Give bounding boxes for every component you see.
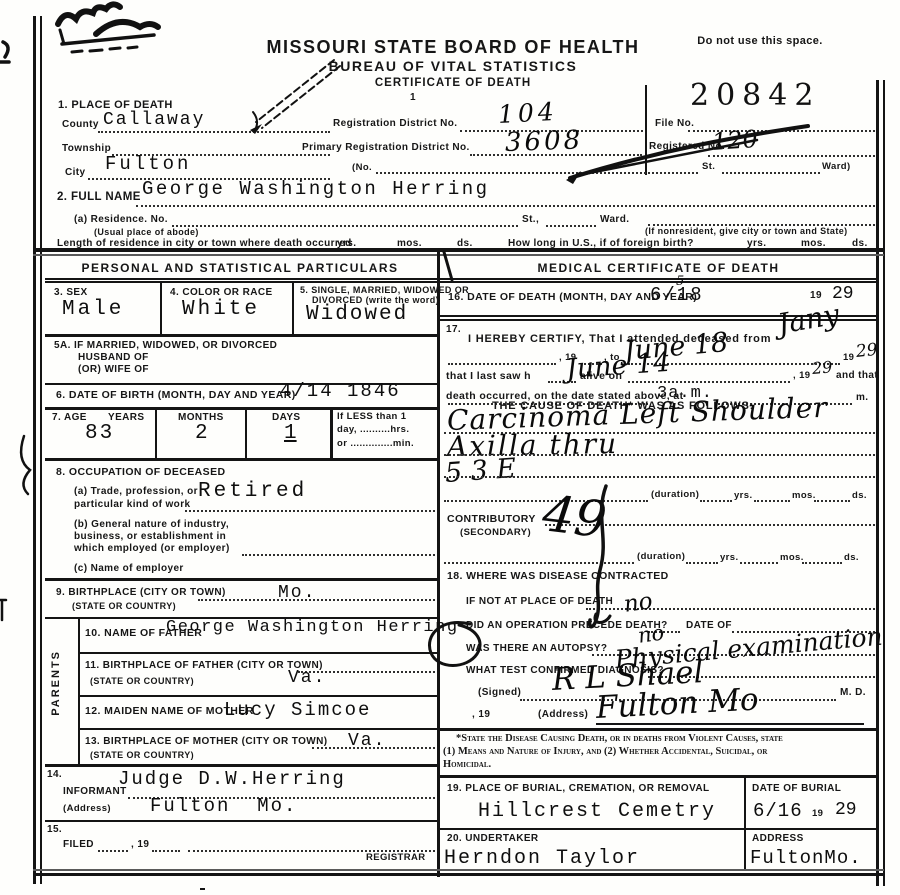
marital-value: Widowed (306, 303, 408, 326)
residence-label: (a) Residence. No. (74, 214, 168, 225)
primary-district-label: Primary Registration District No. (302, 142, 470, 153)
footnote-line2: (1) Means and Nature of Injury, and (2) … (443, 746, 767, 757)
signature-address-value: Fulton Mo (595, 682, 759, 726)
death-certificate-scan: MISSOURI STATE BOARD OF HEALTH BUREAU OF… (0, 0, 900, 895)
race-label: 4. COLOR OR RACE (170, 287, 273, 298)
item15-number: 15. (47, 824, 62, 835)
township-label: Township (62, 143, 111, 154)
cell-divider-rule (155, 409, 157, 458)
dotted-line (700, 498, 732, 502)
footnote-line1: *State the Disease Causing Death, or in … (456, 733, 783, 744)
age-months-value: 2 (195, 422, 208, 445)
marital-label: 5. SINGLE, MARRIED, WIDOWED OR (300, 285, 469, 295)
filed-label: FILED (63, 839, 94, 850)
personal-section-title: PERSONAL AND STATISTICAL PARTICULARS (45, 261, 435, 275)
right-border-rule (876, 80, 879, 886)
rule (596, 723, 864, 725)
registered-no-value: 120 (711, 125, 759, 156)
full-name-value: George Washington Herring (142, 178, 490, 200)
dotted-line (628, 379, 790, 383)
rule (440, 281, 877, 283)
occupation-trade-label2: particular kind of work (74, 499, 190, 510)
cause-line3-value: 5 3 E (444, 453, 517, 489)
city-label: City (65, 167, 86, 178)
printed-19-label: , 19 (793, 370, 810, 381)
item17-number: 17. (446, 324, 461, 335)
left-border-rule (40, 16, 42, 884)
place-of-burial-label: 19. PLACE OF BURIAL, CREMATION, OR REMOV… (447, 783, 710, 794)
if-less-min-label: or ..............min. (337, 438, 414, 449)
speck (200, 888, 205, 890)
if-less-label: If LESS than 1 (337, 411, 406, 422)
cell-divider-rule (330, 409, 333, 458)
secondary-label: (SECONDARY) (460, 527, 531, 538)
dotted-line (98, 129, 330, 133)
rule (45, 281, 437, 283)
rule (45, 278, 437, 280)
ds-label: ds. (844, 552, 859, 563)
dotted-line (198, 597, 435, 601)
wife-of-label: (OR) WIFE OF (78, 364, 149, 375)
cell-divider-rule (245, 409, 247, 458)
header-divider-rule (645, 85, 647, 175)
cell-divider-rule (292, 283, 294, 334)
cell-divider-rule (744, 777, 746, 871)
printed-19-label: , 19 (472, 709, 490, 720)
edge-mark (3, 42, 8, 57)
section-rule (33, 248, 884, 252)
rule (45, 458, 437, 461)
yrs-label: yrs. (720, 552, 739, 563)
informant-address-value: Fulton Mo. (150, 795, 297, 817)
right-border-rule (883, 80, 885, 886)
dotted-line (754, 498, 790, 502)
duration-label: (duration) (651, 489, 699, 500)
dotted-line (152, 848, 180, 852)
rule (440, 775, 877, 778)
occupation-trade-label: (a) Trade, profession, or (74, 486, 198, 497)
informant-value: Judge D.W.Herring (118, 768, 346, 790)
husband-of-label: HUSBAND OF (78, 352, 149, 363)
occupation-industry-label3: which employed (or employer) (74, 543, 230, 554)
bottom-rule (33, 869, 884, 871)
column-divider-rule (437, 252, 440, 877)
dotted-line (546, 223, 596, 227)
rule (440, 278, 877, 280)
rule (78, 728, 437, 730)
no-label: (No. (352, 162, 372, 173)
last-saw-label: that I last saw h (446, 370, 531, 382)
registrar-label: REGISTRAR (366, 852, 426, 863)
ds-label: ds. (852, 490, 867, 501)
duration-label: (duration) (637, 551, 685, 562)
dob-label: 6. DATE OF BIRTH (MONTH, DAY AND YEAR) (56, 389, 296, 401)
certificate-number: 20842 (690, 78, 820, 113)
autopsy-label: WAS THERE AN AUTOPSY? (466, 643, 607, 654)
rule (440, 728, 877, 731)
md-label: M. D. (840, 687, 866, 698)
residence-st-label: St., (522, 214, 539, 225)
last-saw-year: 29 (811, 357, 833, 378)
occupation-industry-label2: business, or establishment in (74, 531, 226, 542)
rule (78, 695, 437, 697)
rule (78, 652, 437, 654)
undertaker-label: 20. UNDERTAKER (447, 833, 539, 844)
yrs-label: yrs. (734, 490, 753, 501)
dotted-line (185, 508, 435, 512)
occupation-value: Retired (198, 480, 307, 503)
stamp-mark (58, 4, 120, 24)
abode-note: (Usual place of abode) (94, 227, 199, 237)
dotted-line (98, 848, 128, 852)
place-of-burial-value: Hillcrest Cemetry (478, 800, 716, 823)
undertaker-value: Herndon Taylor (444, 847, 640, 870)
medical-section-title: MEDICAL CERTIFICATE OF DEATH (440, 261, 877, 275)
informant-address-label: (Address) (63, 803, 111, 814)
mother-name-value: Lucy Simcoe (224, 699, 371, 721)
undertaker-address-value: FultonMo. (750, 847, 862, 869)
st-label: St. (702, 161, 715, 172)
page-title: MISSOURI STATE BOARD OF HEALTH (258, 37, 648, 58)
dotted-line (740, 560, 778, 564)
age-label: 7. AGE (52, 412, 87, 423)
father-birthplace-value: Va. (288, 668, 326, 688)
dotted-line (242, 552, 435, 556)
contributory-label: CONTRIBUTORY (447, 513, 536, 525)
dotted-line (376, 170, 698, 174)
m-label: m. (856, 392, 868, 403)
father-name-value: George Washington Herring (166, 618, 459, 637)
signature-address-label: (Address) (538, 709, 588, 720)
dotted-line (448, 361, 556, 365)
state-or-country-label: (STATE OR COUNTRY) (72, 601, 176, 611)
sex-label: 3. SEX (54, 287, 88, 298)
rule (45, 578, 437, 581)
do-not-use-note: Do not use this space. (660, 35, 860, 47)
item14-number: 14. (47, 769, 62, 780)
operation-value: no (622, 588, 654, 618)
mos-label: mos. (780, 552, 804, 563)
page-subtitle: BUREAU OF VITAL STATISTICS (258, 58, 648, 74)
occupation-industry-label: (b) General nature of industry, (74, 519, 229, 530)
dotted-line (470, 152, 642, 156)
mother-birthplace-value: Va. (348, 731, 386, 751)
and-that-label: and that (836, 370, 878, 381)
state-or-country-label: (STATE OR COUNTRY) (90, 750, 194, 760)
date-of-label: DATE OF (686, 620, 732, 631)
dotted-line (686, 560, 718, 564)
parents-box-rule (78, 617, 80, 764)
nonresident-note: (If nonresident, give city or town and S… (645, 226, 848, 236)
parents-label: PARENTS (50, 650, 62, 716)
occupation-label: 8. OCCUPATION OF DECEASED (56, 466, 225, 478)
rule (45, 820, 437, 822)
city-value: Fulton (105, 153, 191, 175)
rule (45, 407, 437, 410)
sex-value: Male (62, 298, 124, 321)
employer-name-label: (c) Name of employer (74, 563, 184, 574)
rule (45, 764, 437, 767)
date-of-death-overstrike: 5 (676, 274, 684, 289)
date-of-burial-label: DATE OF BURIAL (752, 783, 841, 794)
left-border-rule (33, 16, 36, 884)
age-days-value: 1 (284, 422, 297, 445)
bottom-rule (33, 873, 884, 876)
filed-19-label: , 19 (131, 839, 149, 850)
registration-district-label: Registration District No. (333, 118, 457, 129)
certificate-title: CERTIFICATE OF DEATH (258, 77, 648, 89)
age-years-value: 83 (85, 422, 114, 445)
dob-value: 4/14 1846 (280, 380, 401, 402)
residence-ward-label: Ward. (600, 214, 629, 225)
printed-19-label: 19 (812, 808, 823, 819)
dotted-line (722, 170, 820, 174)
undertaker-address-label: ADDRESS (752, 833, 804, 844)
signed-label: (Signed) (478, 687, 521, 698)
attended-to-year: 29 (855, 340, 879, 362)
dotted-line (708, 153, 875, 157)
attended-from-value: Jany (775, 298, 842, 341)
race-value: White (182, 298, 260, 321)
married-of-label: 5A. IF MARRIED, WIDOWED, OR DIVORCED (54, 340, 277, 351)
county-label: County (62, 119, 99, 130)
mother-birthplace-label: 13. BIRTHPLACE OF MOTHER (CITY OR TOWN) (85, 736, 327, 747)
printed-19-label: 19 (843, 352, 854, 363)
rule (45, 334, 437, 337)
county-value: Callaway (103, 110, 205, 130)
dotted-line (444, 474, 875, 478)
dotted-line (814, 498, 850, 502)
cell-divider-rule (160, 283, 162, 334)
full-name-label: 2. FULL NAME (57, 191, 141, 203)
ward-label: Ward) (822, 161, 851, 172)
dotted-line (172, 223, 518, 227)
item18-label: 18. WHERE WAS DISEASE CONTRACTED (447, 570, 669, 582)
dotted-line (136, 203, 875, 207)
date-of-burial-year: 29 (835, 800, 857, 820)
dotted-line (802, 560, 842, 564)
contributory-scrawl: 49 (539, 484, 609, 549)
rule (440, 828, 877, 830)
state-or-country-label: (STATE OR COUNTRY) (90, 676, 194, 686)
if-less-hrs-label: day, ..........hrs. (337, 424, 409, 435)
registration-district-value: 104 (497, 97, 558, 129)
date-of-burial-value: 6/16 (753, 800, 803, 822)
dotted-line (444, 560, 634, 564)
footnote-line3: Homicidal. (443, 759, 491, 770)
section-rule (33, 254, 884, 256)
mos-label: mos. (792, 490, 816, 501)
